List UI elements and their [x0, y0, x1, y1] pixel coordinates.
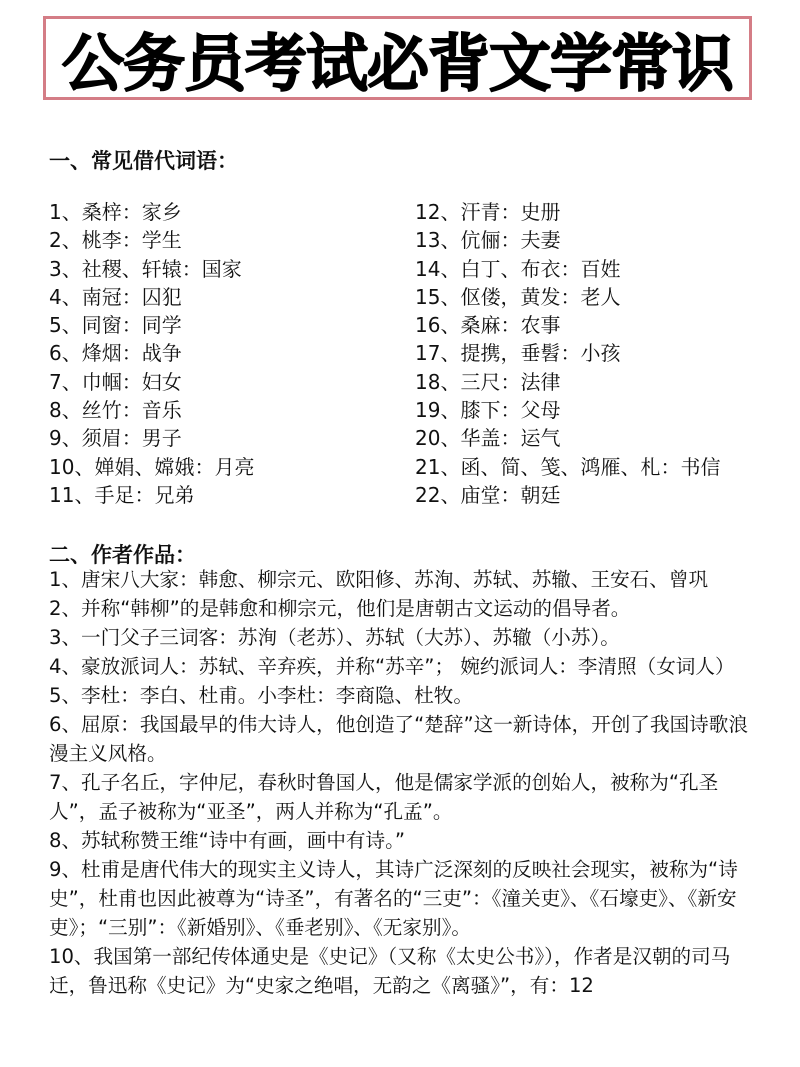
paragraph-item: 6、屈原：我国最早的伟大诗人，他创造了“楚辞”这一新诗体，开创了我国诗歌浪漫主义…	[49, 710, 754, 768]
list-item: 15、伛偻，黄发：老人	[415, 283, 720, 311]
list-item: 16、桑麻：农事	[415, 311, 720, 339]
list-item: 18、三尺：法律	[415, 368, 720, 396]
paragraph-item: 2、并称“韩柳”的是韩愈和柳宗元，他们是唐朝古文运动的倡导者。	[49, 594, 754, 623]
page-title: 公务员考试必背文学常识	[62, 14, 733, 103]
section-heading-substitutes: 一、常见借代词语：	[49, 145, 238, 175]
paragraph-item: 5、李杜：李白、杜甫。小李杜：李商隐、杜牧。	[49, 681, 754, 710]
substitutes-right-list: 12、汗青：史册 13、伉俪：夫妻 14、白丁、布衣：百姓 15、伛偻，黄发：老…	[415, 198, 720, 509]
list-item: 1、桑梓：家乡	[49, 198, 254, 226]
paragraph-item: 9、杜甫是唐代伟大的现实主义诗人，其诗广泛深刻的反映社会现实，被称为“诗史”，杜…	[49, 855, 754, 942]
paragraph-item: 1、唐宋八大家：韩愈、柳宗元、欧阳修、苏洵、苏轼、苏辙、王安石、曾巩	[49, 565, 754, 594]
title-banner: 公务员考试必背文学常识	[43, 16, 752, 100]
substitutes-left-list: 1、桑梓：家乡 2、桃李：学生 3、社稷、轩辕：国家 4、南冠：囚犯 5、同窗：…	[49, 198, 254, 509]
paragraph-item: 10、我国第一部纪传体通史是《史记》（又称《太史公书》），作者是汉朝的司马迁，鲁…	[49, 942, 754, 1000]
list-item: 13、伉俪：夫妻	[415, 226, 720, 254]
paragraph-item: 4、豪放派词人：苏轼、辛弃疾，并称“苏辛”； 婉约派词人：李清照（女词人）	[49, 652, 754, 681]
list-item: 6、烽烟：战争	[49, 339, 254, 367]
list-item: 12、汗青：史册	[415, 198, 720, 226]
list-item: 22、庙堂：朝廷	[415, 481, 720, 509]
list-item: 11、手足：兄弟	[49, 481, 254, 509]
list-item: 2、桃李：学生	[49, 226, 254, 254]
paragraph-item: 3、一门父子三词客：苏洵（老苏）、苏轼（大苏）、苏辙（小苏）。	[49, 623, 754, 652]
paragraph-item: 7、孔子名丘，字仲尼，春秋时鲁国人，他是儒家学派的创始人，被称为“孔圣人”，孟子…	[49, 768, 754, 826]
list-item: 7、巾帼：妇女	[49, 368, 254, 396]
list-item: 19、膝下：父母	[415, 396, 720, 424]
list-item: 5、同窗：同学	[49, 311, 254, 339]
list-item: 9、须眉：男子	[49, 424, 254, 452]
list-item: 8、丝竹：音乐	[49, 396, 254, 424]
paragraph-item: 8、苏轼称赞王维“诗中有画，画中有诗。”	[49, 826, 754, 855]
list-item: 14、白丁、布衣：百姓	[415, 255, 720, 283]
list-item: 21、函、简、笺、鸿雁、札：书信	[415, 453, 720, 481]
authors-works-list: 1、唐宋八大家：韩愈、柳宗元、欧阳修、苏洵、苏轼、苏辙、王安石、曾巩 2、并称“…	[49, 565, 754, 1000]
list-item: 17、提携，垂髫：小孩	[415, 339, 720, 367]
list-item: 20、华盖：运气	[415, 424, 720, 452]
list-item: 3、社稷、轩辕：国家	[49, 255, 254, 283]
list-item: 10、婵娟、嫦娥：月亮	[49, 453, 254, 481]
list-item: 4、南冠：囚犯	[49, 283, 254, 311]
